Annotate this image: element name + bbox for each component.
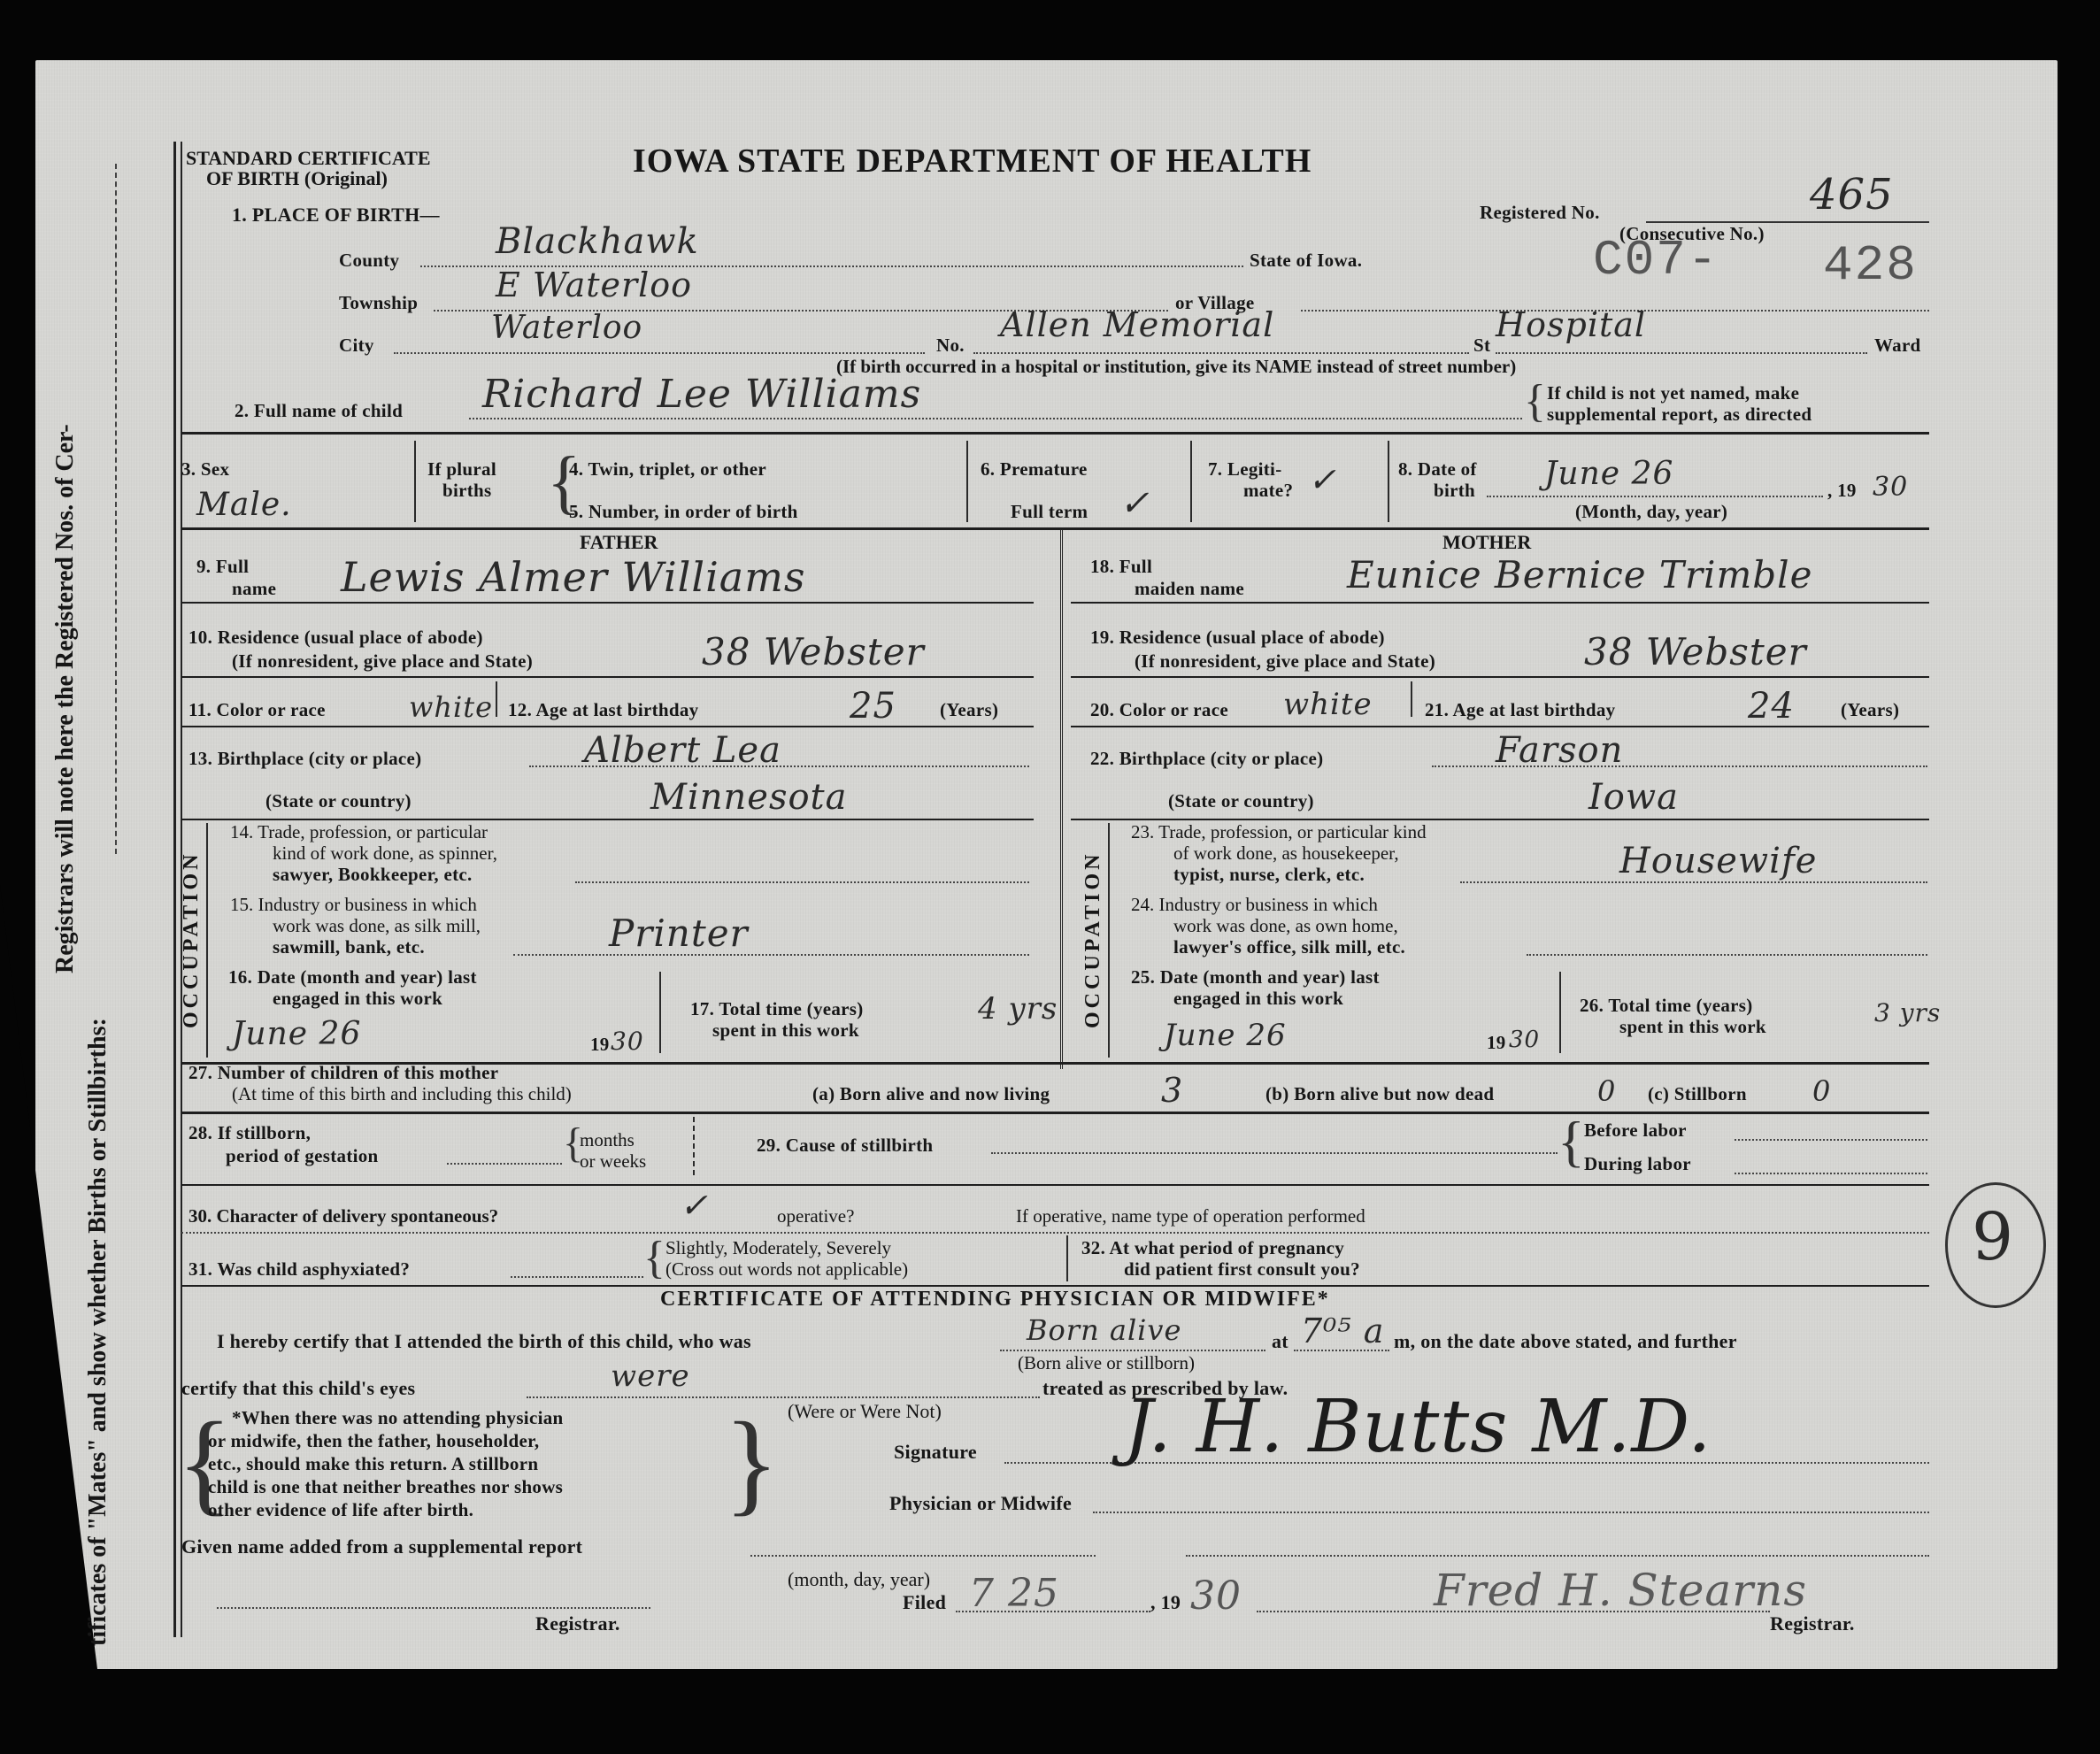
operative-label: operative? [777,1205,854,1227]
eyes-value: were [611,1358,690,1394]
eyes-label: certify that this child's eyes [181,1377,415,1400]
mother-trade-label-line2: of work done, as housekeeper, [1173,842,1399,865]
dob-year-prefix: , 19 [1827,480,1857,502]
alive-label: (a) Born alive and now living [812,1083,1050,1105]
filed-year-value: 30 [1190,1573,1242,1619]
father-trade-label: 14. Trade, profession, or particular [230,821,488,843]
street-no-value: Allen Memorial [1000,305,1274,344]
physician-field[interactable] [1093,1512,1929,1513]
father-date-label: 16. Date (month and year) last [228,966,477,989]
status-field[interactable] [1000,1350,1265,1351]
stamp-number: 428 [1823,237,1918,294]
filed-date-hint: (month, day, year) [788,1568,930,1591]
gestation-label: 28. If stillborn, [188,1122,311,1144]
divider [1388,441,1389,522]
father-state-value: Minnesota [650,777,847,818]
mother-date-year-value: 30 [1509,1027,1540,1053]
father-total-label-line2: spent in this work [712,1019,859,1042]
place-of-birth-label: 1. PLACE OF BIRTH— [232,204,440,227]
filed-year-prefix: , 19 [1150,1591,1181,1614]
county-value: Blackhawk [496,221,699,262]
alive-value: 3 [1161,1071,1183,1110]
father-heading: FATHER [580,531,658,554]
county-label: County [339,250,399,272]
legitimate-label-line2: mate? [1243,480,1293,502]
father-residence-label: 10. Residence (usual place of abode) [188,627,483,649]
father-trade-field[interactable] [575,881,1029,883]
stillborn-value: 0 [1812,1074,1831,1108]
father-race-label: 11. Color or race [188,699,326,721]
note-line2: or midwife, then the father, householder… [208,1430,539,1452]
margin-note-text: Registrars will note here the Registered… [51,424,79,973]
dob-year-value: 30 [1873,472,1908,503]
father-name-label-line2: name [232,578,276,600]
city-value: Waterloo [491,310,642,346]
state-label: State of Iowa. [1250,250,1362,272]
margin-note-line2: tificates of "Mates" and show whether Bi… [84,1018,112,1646]
child-name-label: 2. Full name of child [235,400,403,422]
mother-heading: MOTHER [1442,531,1531,554]
father-age-value: 25 [850,686,896,727]
father-total-value: 4 yrs [978,991,1058,1027]
dob-label-line2: birth [1434,480,1475,502]
registered-no-label: Registered No. [1480,202,1600,224]
mother-residence-label: 19. Residence (usual place of abode) [1090,627,1385,649]
mother-total-value: 3 yrs [1874,998,1941,1027]
father-name-label: 9. Full [196,556,249,578]
father-residence-value: 38 Webster [702,630,925,673]
address-field[interactable] [1186,1555,1929,1557]
township-label: Township [339,292,418,314]
street-no-field[interactable] [973,352,1469,354]
row-rule [1071,819,1929,820]
asphyxiated-field[interactable] [511,1276,643,1278]
father-industry-field[interactable] [513,954,1029,956]
mother-trade-label: 23. Trade, profession, or particular kin… [1131,821,1427,843]
father-industry-label: 15. Industry or business in which [230,894,477,916]
divider [414,441,416,522]
during-labor-label: During labor [1584,1153,1691,1175]
cause-field[interactable] [991,1152,1558,1154]
legitimate-label: 7. Legiti- [1208,458,1281,481]
registered-no-value: 465 [1810,170,1894,219]
mother-date-value: June 26 [1164,1018,1287,1053]
father-race-value: white [409,690,493,724]
registrar-label-left: Registrar. [535,1612,620,1635]
brace: { [1524,379,1546,425]
given-name-label: Given name added from a supplemental rep… [181,1535,582,1558]
city-label: City [339,335,374,357]
at-label: at [1272,1330,1288,1353]
status-value: Born alive [1027,1313,1181,1347]
father-mother-divider [1060,529,1063,1069]
name-note-line1: If child is not yet named, make [1547,382,1799,404]
registrar-label-right: Registrar. [1770,1612,1855,1635]
section-rule [181,1184,1929,1186]
ward-label: Ward [1874,335,1921,357]
row-rule [1071,602,1929,604]
section-rule [181,432,1929,435]
street-no-label: No. [936,335,965,357]
note-line5: other evidence of life after birth. [208,1499,473,1521]
before-labor-field[interactable] [1735,1139,1927,1141]
time-suffix: m, on the date above stated, and further [1394,1330,1737,1353]
time-value: 7⁰⁵ a [1301,1312,1384,1350]
divider [1190,441,1192,522]
section-rule [181,1112,1929,1114]
legitimate-check[interactable]: ✓ [1308,460,1337,499]
mother-state-label: (State or country) [1168,790,1314,812]
mother-date-year-prefix: 19 [1487,1032,1506,1054]
mother-state-value: Iowa [1588,777,1679,818]
plural-label: If plural [427,458,496,481]
margin-note-text: tificates of "Mates" and show whether Bi… [84,1018,112,1646]
occupation-divider [206,823,208,1058]
row-rule [1071,676,1929,678]
asphyxia-options: Slightly, Moderately, Severely [665,1237,891,1259]
stillborn-label: (c) Stillborn [1648,1083,1747,1105]
signature-label: Signature [894,1441,977,1464]
gestation-unit: months [580,1129,635,1151]
asphyxia-hint: (Cross out words not applicable) [665,1258,908,1281]
row-rule [181,726,1034,727]
given-name-field[interactable] [750,1555,1096,1557]
dead-label: (b) Born alive but now dead [1265,1083,1494,1105]
consult-label-line2: did patient first consult you? [1124,1258,1360,1281]
mother-birthplace-label: 22. Birthplace (city or place) [1090,748,1323,770]
spontaneous-check[interactable]: ✓ [680,1186,709,1225]
hospital-note: (If birth occurred in a hospital or inst… [836,356,1516,378]
section-rule [181,527,1929,530]
mother-age-value: 24 [1748,686,1795,727]
registrar-left-field[interactable] [217,1607,650,1609]
certify-text: I hereby certify that I attended the bir… [217,1330,751,1353]
mother-trade-field[interactable] [1460,881,1927,883]
mother-name-label-line2: maiden name [1135,578,1244,600]
note-line4: child is one that neither breathes nor s… [208,1476,563,1498]
father-industry-label-line3: sawmill, bank, etc. [273,936,425,958]
divider [1411,681,1412,717]
mother-race-value: white [1283,687,1373,722]
divider [659,972,661,1053]
divider [693,1117,695,1175]
father-name-value: Lewis Almer Williams [341,553,805,601]
dob-value: June 26 [1544,456,1673,492]
mother-industry-field[interactable] [1527,954,1927,956]
name-note-line2: supplemental report, as directed [1547,404,1812,426]
brace: } [724,1405,779,1520]
dob-field[interactable] [1487,496,1823,497]
dob-hint: (Month, day, year) [1575,501,1727,523]
father-residence-label-line2: (If nonresident, give place and State) [232,650,533,673]
mother-total-label: 26. Total time (years) [1580,995,1753,1017]
child-name-value: Richard Lee Williams [482,372,921,417]
father-state-label: (State or country) [265,790,412,812]
father-age-unit: (Years) [940,699,998,721]
father-industry-value: Printer [609,912,749,955]
certificate-heading: CERTIFICATE OF ATTENDING PHYSICIAN OR MI… [660,1288,1330,1312]
sex-label: 3. Sex [181,458,229,481]
twin-label: 4. Twin, triplet, or other [569,458,766,481]
father-occupation-label: OCCUPATION [180,851,204,1028]
mother-name-value: Eunice Bernice Trimble [1347,553,1812,596]
section-rule [181,1285,1929,1287]
registrar-signature: Fred H. Stearns [1434,1565,1807,1616]
dob-label: 8. Date of [1398,458,1477,481]
father-industry-label-line2: work was done, as silk mill, [273,915,481,937]
father-age-label: 12. Age at last birthday [508,699,698,721]
township-value: E Waterloo [496,265,692,304]
note-line1: *When there was no attending physician [232,1407,563,1429]
mother-trade-label-line3: typist, nurse, clerk, etc. [1173,864,1365,886]
father-date-label-line2: engaged in this work [273,988,442,1010]
delivery-label: 30. Character of delivery spontaneous? [188,1205,498,1227]
cause-label: 29. Cause of stillbirth [757,1135,933,1157]
mother-age-label: 21. Age at last birthday [1425,699,1615,721]
mother-industry-label-line3: lawyer's office, silk mill, etc. [1173,936,1405,958]
father-date-year-value: 30 [611,1027,644,1056]
during-labor-field[interactable] [1735,1173,1927,1174]
city-field[interactable] [394,352,925,354]
scan-shadow [0,885,97,1669]
premature-label: 6. Premature [981,458,1088,481]
row-rule [181,819,1034,820]
father-date-year-prefix: 19 [590,1034,610,1056]
mother-date-label-line2: engaged in this work [1173,988,1343,1010]
plural-label-line2: births [442,480,491,502]
mother-date-label: 25. Date (month and year) last [1131,966,1380,989]
mother-residence-label-line2: (If nonresident, give place and State) [1135,650,1435,673]
row-rule [181,602,1034,604]
before-labor-label: Before labor [1584,1119,1687,1142]
margin-note-line1: Registrars will note here the Registered… [51,424,80,973]
brace: { [643,1235,665,1281]
gestation-unit-line2: or weeks [580,1150,646,1173]
mother-industry-label-line2: work was done, as own home, [1173,915,1398,937]
mother-age-unit: (Years) [1841,699,1899,721]
order-label: 5. Number, in order of birth [569,501,798,523]
children-label-line2: (At time of this birth and including thi… [232,1083,572,1105]
father-trade-label-line2: kind of work done, as spinner, [273,842,497,865]
father-total-label: 17. Total time (years) [690,998,864,1020]
occupation-divider [1108,823,1110,1058]
stamp-prefix: C07- [1593,232,1719,288]
mother-occupation-label: OCCUPATION [1081,851,1105,1028]
mother-race-label: 20. Color or race [1090,699,1228,721]
row-rule [1071,726,1929,727]
father-birthplace-value: Albert Lea [584,730,781,771]
father-birthplace-label: 13. Birthplace (city or place) [188,748,421,770]
form-border-left [173,142,176,1637]
operation-label: If operative, name type of operation per… [1016,1205,1365,1227]
street-label: St [1473,335,1490,357]
eyes-hint: (Were or Were Not) [788,1400,942,1423]
form-type-line2: OF BIRTH (Original) [206,167,388,190]
eyes-field[interactable] [527,1396,1040,1398]
signature-value: J. H. Butts M.D. [1124,1385,1712,1469]
father-date-value: June 26 [232,1016,361,1052]
filed-label: Filed [903,1591,946,1614]
divider [1066,1235,1068,1281]
street-field[interactable] [1496,352,1867,354]
mother-residence-value: 38 Webster [1584,630,1807,673]
street-value: Hospital [1496,305,1646,344]
gestation-field[interactable] [447,1163,562,1165]
mother-trade-value: Housewife [1619,841,1817,881]
children-label: 27. Number of children of this mother [188,1062,498,1084]
circled-number-value: 9 [1972,1199,2014,1275]
brace: { [1558,1113,1585,1170]
full-term-check[interactable]: ✓ [1119,483,1150,524]
page-title: IOWA STATE DEPARTMENT OF HEALTH [633,142,1312,181]
mother-birthplace-value: Farson [1496,730,1623,771]
mother-total-label-line2: spent in this work [1619,1016,1766,1038]
full-term-label: Full term [1011,501,1088,523]
note-line3: etc., should make this return. A stillbo… [208,1453,538,1475]
sex-value: Male. [196,487,292,523]
consult-label: 32. At what period of pregnancy [1081,1237,1344,1259]
gestation-label-line2: period of gestation [226,1145,379,1167]
father-trade-label-line3: sawyer, Bookkeeper, etc. [273,864,473,886]
divider [496,681,497,717]
row-rule [181,676,1034,678]
asphyxiated-label: 31. Was child asphyxiated? [188,1258,410,1281]
status-hint: (Born alive or stillborn) [1018,1352,1195,1374]
mother-industry-label: 24. Industry or business in which [1131,894,1378,916]
filed-date-value: 7 25 [969,1571,1059,1616]
child-name-field[interactable] [469,418,1522,419]
divider [966,441,968,522]
physician-label: Physician or Midwife [889,1492,1072,1515]
divider [1559,972,1561,1053]
operation-field[interactable] [181,1232,1929,1234]
mother-name-label: 18. Full [1090,556,1152,578]
dead-value: 0 [1597,1074,1616,1108]
margin-dashed-line [115,164,117,854]
